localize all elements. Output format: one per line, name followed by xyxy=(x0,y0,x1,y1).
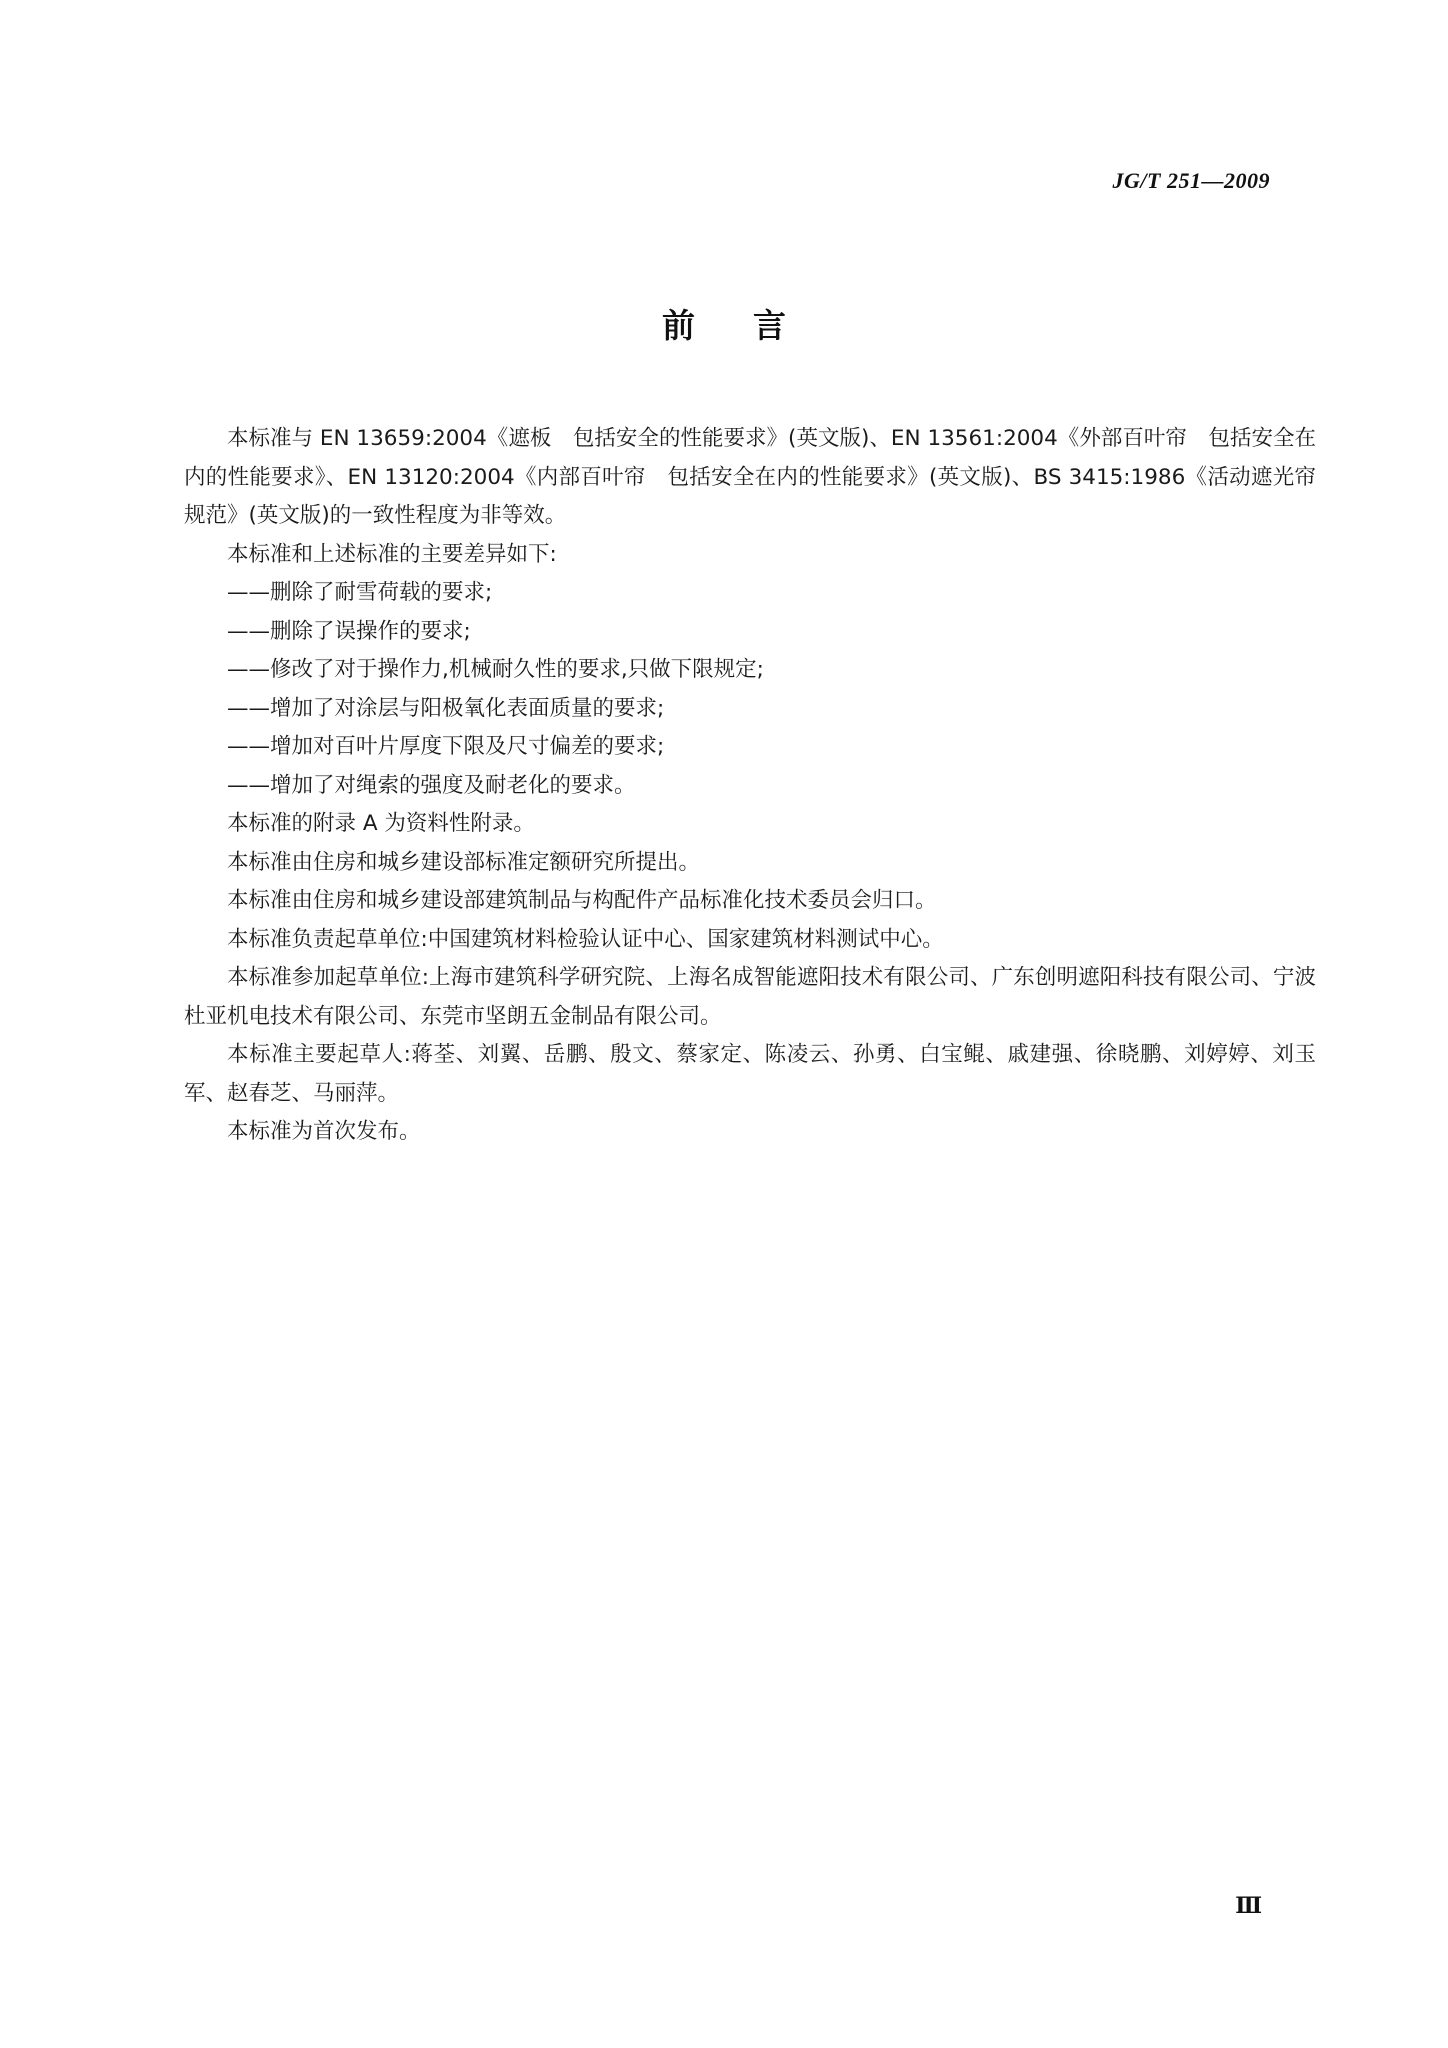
foreword-body: 本标准与 EN 13659:2004《遮板 包括安全的性能要求》(英文版)、EN… xyxy=(184,420,1316,1152)
paragraph-consistency: 本标准与 EN 13659:2004《遮板 包括安全的性能要求》(英文版)、EN… xyxy=(184,420,1316,536)
difference-item: ——增加了对绳索的强度及耐老化的要求。 xyxy=(184,767,1316,806)
paragraph-participating-drafters: 本标准参加起草单位:上海市建筑科学研究院、上海名成智能遮阳技术有限公司、广东创明… xyxy=(184,959,1316,1036)
paragraph-differences-intro: 本标准和上述标准的主要差异如下: xyxy=(184,536,1316,575)
difference-item: ——增加对百叶片厚度下限及尺寸偏差的要求; xyxy=(184,728,1316,767)
difference-item: ——增加了对涂层与阳极氧化表面质量的要求; xyxy=(184,690,1316,729)
standard-code: JG/T 251—2009 xyxy=(1113,168,1270,194)
page-title: 前言 xyxy=(0,300,1448,347)
difference-item: ——删除了误操作的要求; xyxy=(184,613,1316,652)
paragraph-first-release: 本标准为首次发布。 xyxy=(184,1113,1316,1152)
document-page: JG/T 251—2009 前言 本标准与 EN 13659:2004《遮板 包… xyxy=(0,0,1448,2048)
paragraph-administered-by: 本标准由住房和城乡建设部建筑制品与构配件产品标准化技术委员会归口。 xyxy=(184,882,1316,921)
difference-item: ——删除了耐雪荷载的要求; xyxy=(184,574,1316,613)
paragraph-appendix: 本标准的附录 A 为资料性附录。 xyxy=(184,805,1316,844)
page-number: Ⅲ xyxy=(1235,1893,1262,1919)
paragraph-lead-drafter: 本标准负责起草单位:中国建筑材料检验认证中心、国家建筑材料测试中心。 xyxy=(184,921,1316,960)
difference-item: ——修改了对于操作力,机械耐久性的要求,只做下限规定; xyxy=(184,651,1316,690)
paragraph-proposed-by: 本标准由住房和城乡建设部标准定额研究所提出。 xyxy=(184,844,1316,883)
paragraph-main-drafters: 本标准主要起草人:蒋荃、刘翼、岳鹏、殷文、蔡家定、陈凌云、孙勇、白宝鲲、戚建强、… xyxy=(184,1036,1316,1113)
